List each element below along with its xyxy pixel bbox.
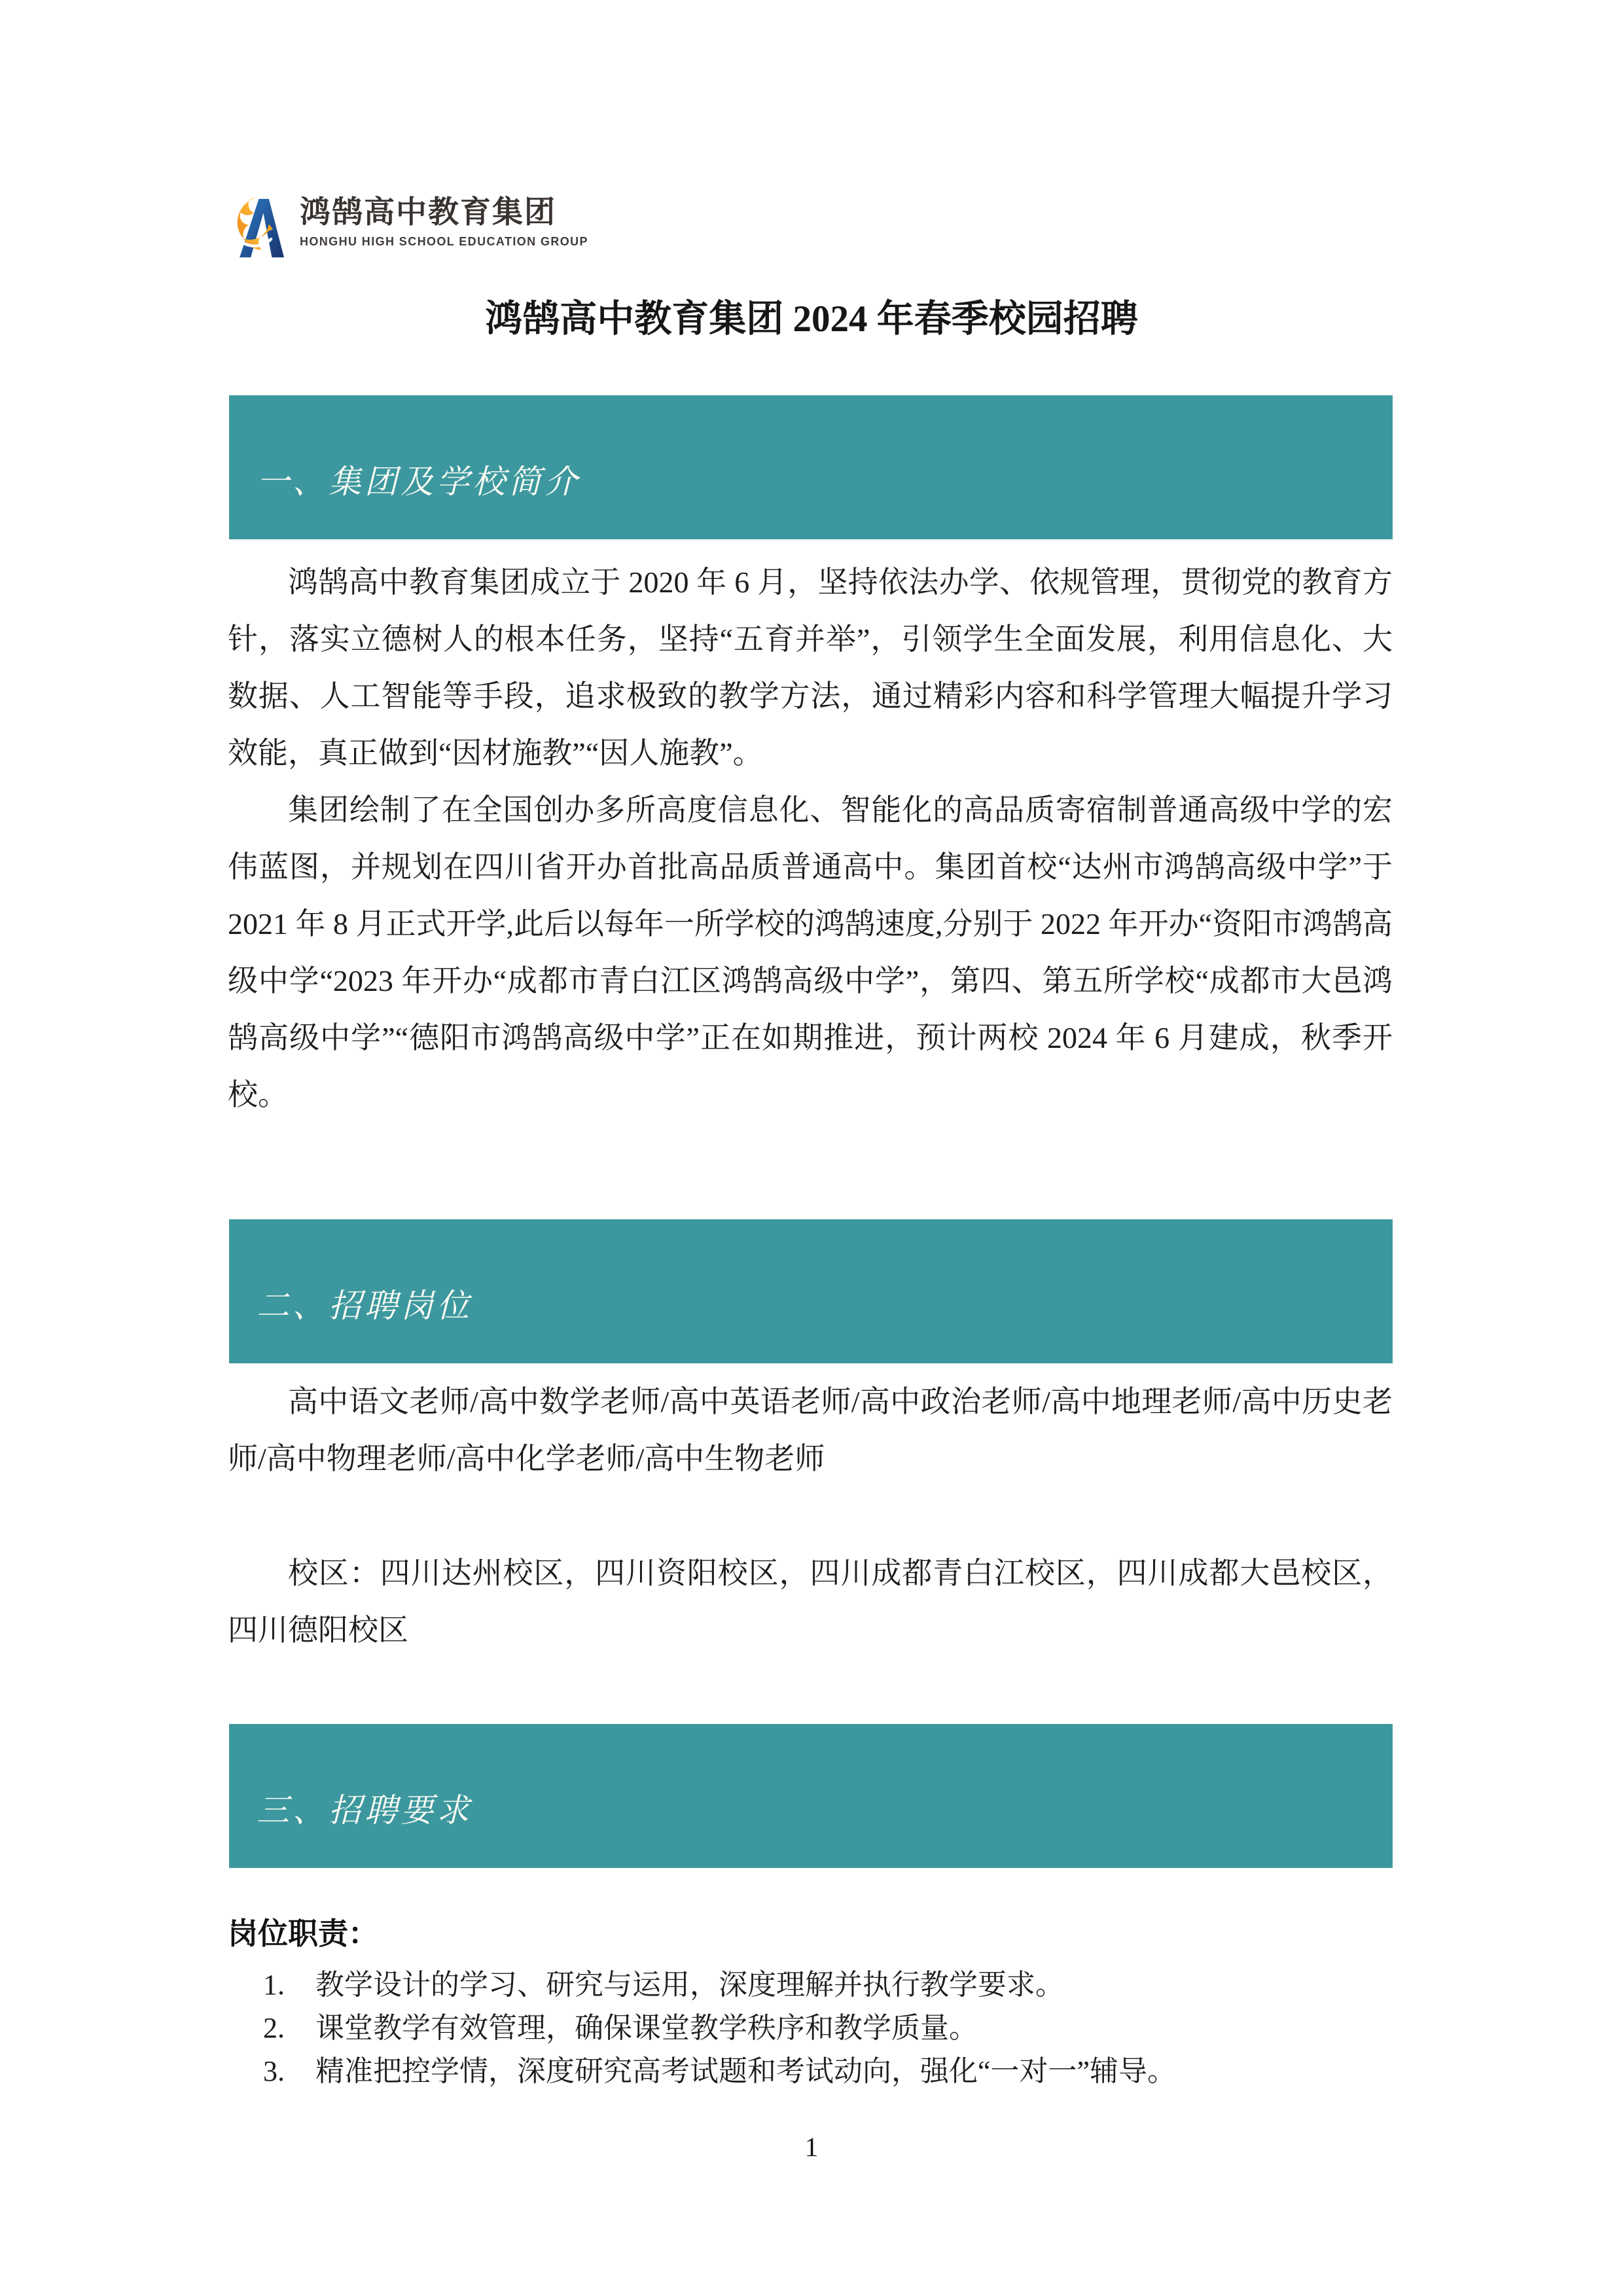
duty-item-number: 3. — [228, 2050, 315, 2093]
section-heading-positions: 二、招聘岗位 — [229, 1256, 473, 1327]
duty-item-number: 1. — [228, 1964, 315, 2007]
positions-paragraph: 高中语文老师/高中数学老师/高中英语老师/高中政治老师/高中地理老师/高中历史老… — [228, 1373, 1393, 1487]
page-number: 1 — [0, 2131, 1623, 2162]
duties-list: 1. 教学设计的学习、研究与运用，深度理解并执行教学要求。 2. 课堂教学有效管… — [228, 1964, 1393, 2093]
section-banner-requirements: 三、招聘要求 — [229, 1724, 1393, 1868]
intro-paragraph-2: 集团绘制了在全国创办多所高度信息化、智能化的高品质寄宿制普通高级中学的宏伟蓝图，… — [228, 781, 1393, 1123]
logo-swan-icon — [236, 195, 284, 259]
logo-text: 鸿鹄高中教育集团 HONGHU HIGH SCHOOL EDUCATION GR… — [300, 195, 588, 249]
page-title: 鸿鹄高中教育集团 2024 年春季校园招聘 — [0, 289, 1623, 342]
campus-paragraph: 校区：四川达州校区，四川资阳校区，四川成都青白江校区，四川成都大邑校区，四川德阳… — [228, 1545, 1393, 1659]
duty-item-number: 2. — [228, 2007, 315, 2050]
duty-item-text: 课堂教学有效管理，确保课堂教学秩序和教学质量。 — [315, 2007, 1393, 2050]
campus-text: 校区：四川达州校区，四川资阳校区，四川成都青白江校区，四川成都大邑校区，四川德阳… — [228, 1545, 1393, 1659]
duties-heading: 岗位职责： — [228, 1910, 378, 1953]
duty-item-text: 精准把控学情，深度研究高考试题和考试动向，强化“一对一”辅导。 — [315, 2050, 1393, 2093]
duty-item-text: 教学设计的学习、研究与运用，深度理解并执行教学要求。 — [315, 1964, 1393, 2007]
logo-name-cn: 鸿鹄高中教育集团 — [300, 195, 588, 229]
duty-item: 3. 精准把控学情，深度研究高考试题和考试动向，强化“一对一”辅导。 — [228, 2050, 1393, 2093]
duty-item: 2. 课堂教学有效管理，确保课堂教学秩序和教学质量。 — [228, 2007, 1393, 2050]
section-heading-intro: 一、集团及学校简介 — [229, 432, 580, 503]
intro-paragraph-1: 鸿鹄高中教育集团成立于 2020 年 6 月，坚持依法办学、依规管理，贯彻党的教… — [228, 554, 1393, 781]
section-banner-intro: 一、集团及学校简介 — [229, 395, 1393, 539]
logo: 鸿鹄高中教育集团 HONGHU HIGH SCHOOL EDUCATION GR… — [236, 195, 588, 259]
intro-text: 鸿鹄高中教育集团成立于 2020 年 6 月，坚持依法办学、依规管理，贯彻党的教… — [228, 554, 1393, 1123]
section-heading-requirements: 三、招聘要求 — [229, 1761, 473, 1831]
section-banner-positions: 二、招聘岗位 — [229, 1219, 1393, 1363]
logo-name-en: HONGHU HIGH SCHOOL EDUCATION GROUP — [300, 235, 588, 249]
document-page: 鸿鹄高中教育集团 HONGHU HIGH SCHOOL EDUCATION GR… — [0, 0, 1623, 2296]
duty-item: 1. 教学设计的学习、研究与运用，深度理解并执行教学要求。 — [228, 1964, 1393, 2007]
positions-text: 高中语文老师/高中数学老师/高中英语老师/高中政治老师/高中地理老师/高中历史老… — [228, 1373, 1393, 1487]
